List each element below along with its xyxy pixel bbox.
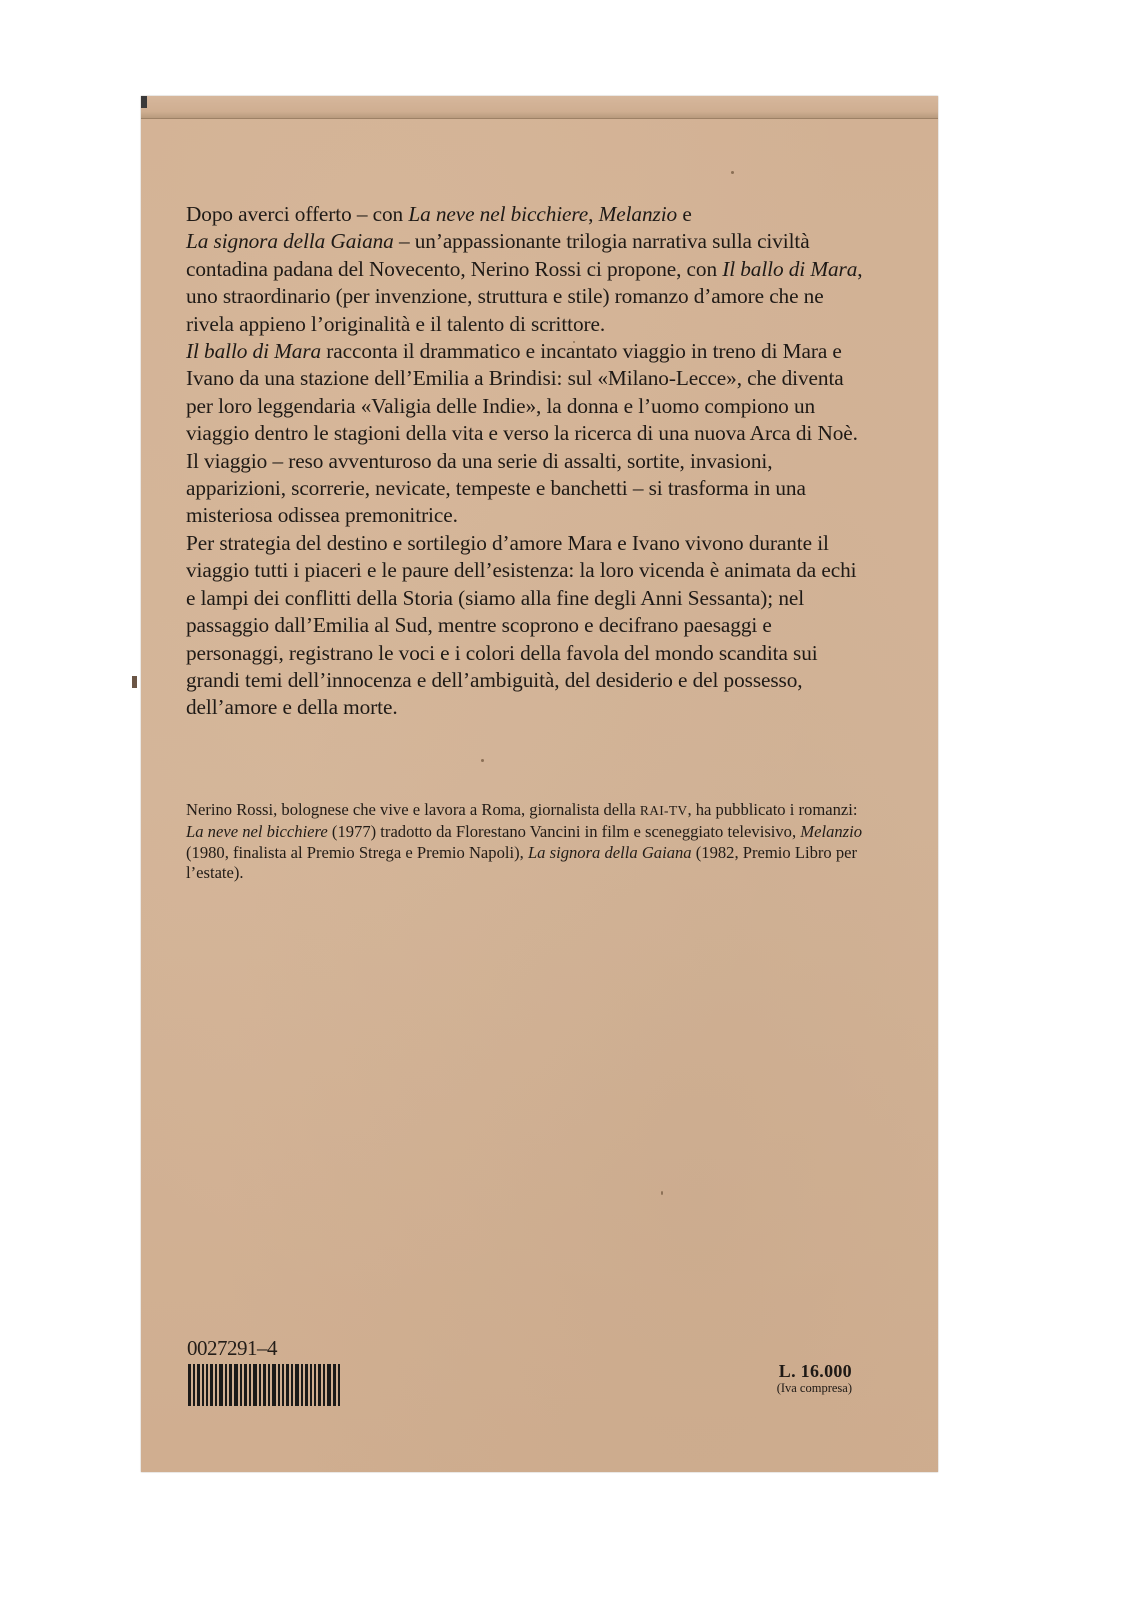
book-title: La signora della Gaiana [186, 229, 394, 253]
paper-speck [661, 1191, 663, 1195]
text-run: (1977) tradotto da Florestano Vancini in… [328, 822, 801, 841]
edge-mark [132, 676, 137, 688]
catalog-code: 0027291–4 [187, 1336, 277, 1361]
book-title: La neve nel bicchiere [408, 202, 588, 226]
price-note: (Iva compresa) [777, 1381, 852, 1396]
blurb-paragraph-1: Dopo averci offerto – con La neve nel bi… [186, 201, 866, 338]
book-title: Il ballo di Mara [722, 257, 857, 281]
fold-corner-shadow [141, 96, 147, 108]
text-run: e [677, 202, 692, 226]
book-title: Melanzio [599, 202, 677, 226]
book-title: Melanzio [800, 822, 862, 841]
book-title: La signora della Gaiana [528, 843, 692, 862]
text-run: Dopo averci offerto – con [186, 202, 408, 226]
price-amount: L. 16.000 [777, 1361, 852, 1382]
cover-top-fold [141, 96, 938, 119]
blurb-paragraph-3: Per strategia del destino e sortilegio d… [186, 530, 866, 722]
paper-speck [731, 171, 734, 174]
paper-speck [573, 341, 575, 343]
barcode-icon [188, 1364, 353, 1406]
book-title: Il ballo di Mara [186, 339, 321, 363]
text-run: Per strategia del destino e sortilegio d… [186, 531, 856, 719]
paper-speck [481, 759, 484, 762]
blurb-paragraph-2: Il ballo di Mara racconta il drammatico … [186, 338, 866, 530]
book-title: La neve nel bicchiere [186, 822, 328, 841]
text-run: , [588, 202, 598, 226]
author-bio-paragraph: Nerino Rossi, bolognese che vive e lavor… [186, 800, 876, 884]
broadcaster-name: RAI-TV [640, 803, 688, 818]
book-back-cover: Dopo averci offerto – con La neve nel bi… [141, 96, 938, 1472]
text-run: Nerino Rossi, bolognese che vive e lavor… [186, 800, 640, 819]
price-block: L. 16.000 (Iva compresa) [777, 1361, 852, 1396]
text-run: , ha pubblicato i romanzi: [687, 800, 857, 819]
text-run: racconta il drammatico e incantato viagg… [186, 339, 858, 527]
text-run: (1980, finalista al Premio Strega e Prem… [186, 843, 528, 862]
blurb-text: Dopo averci offerto – con La neve nel bi… [186, 201, 866, 722]
author-bio: Nerino Rossi, bolognese che vive e lavor… [186, 800, 876, 884]
